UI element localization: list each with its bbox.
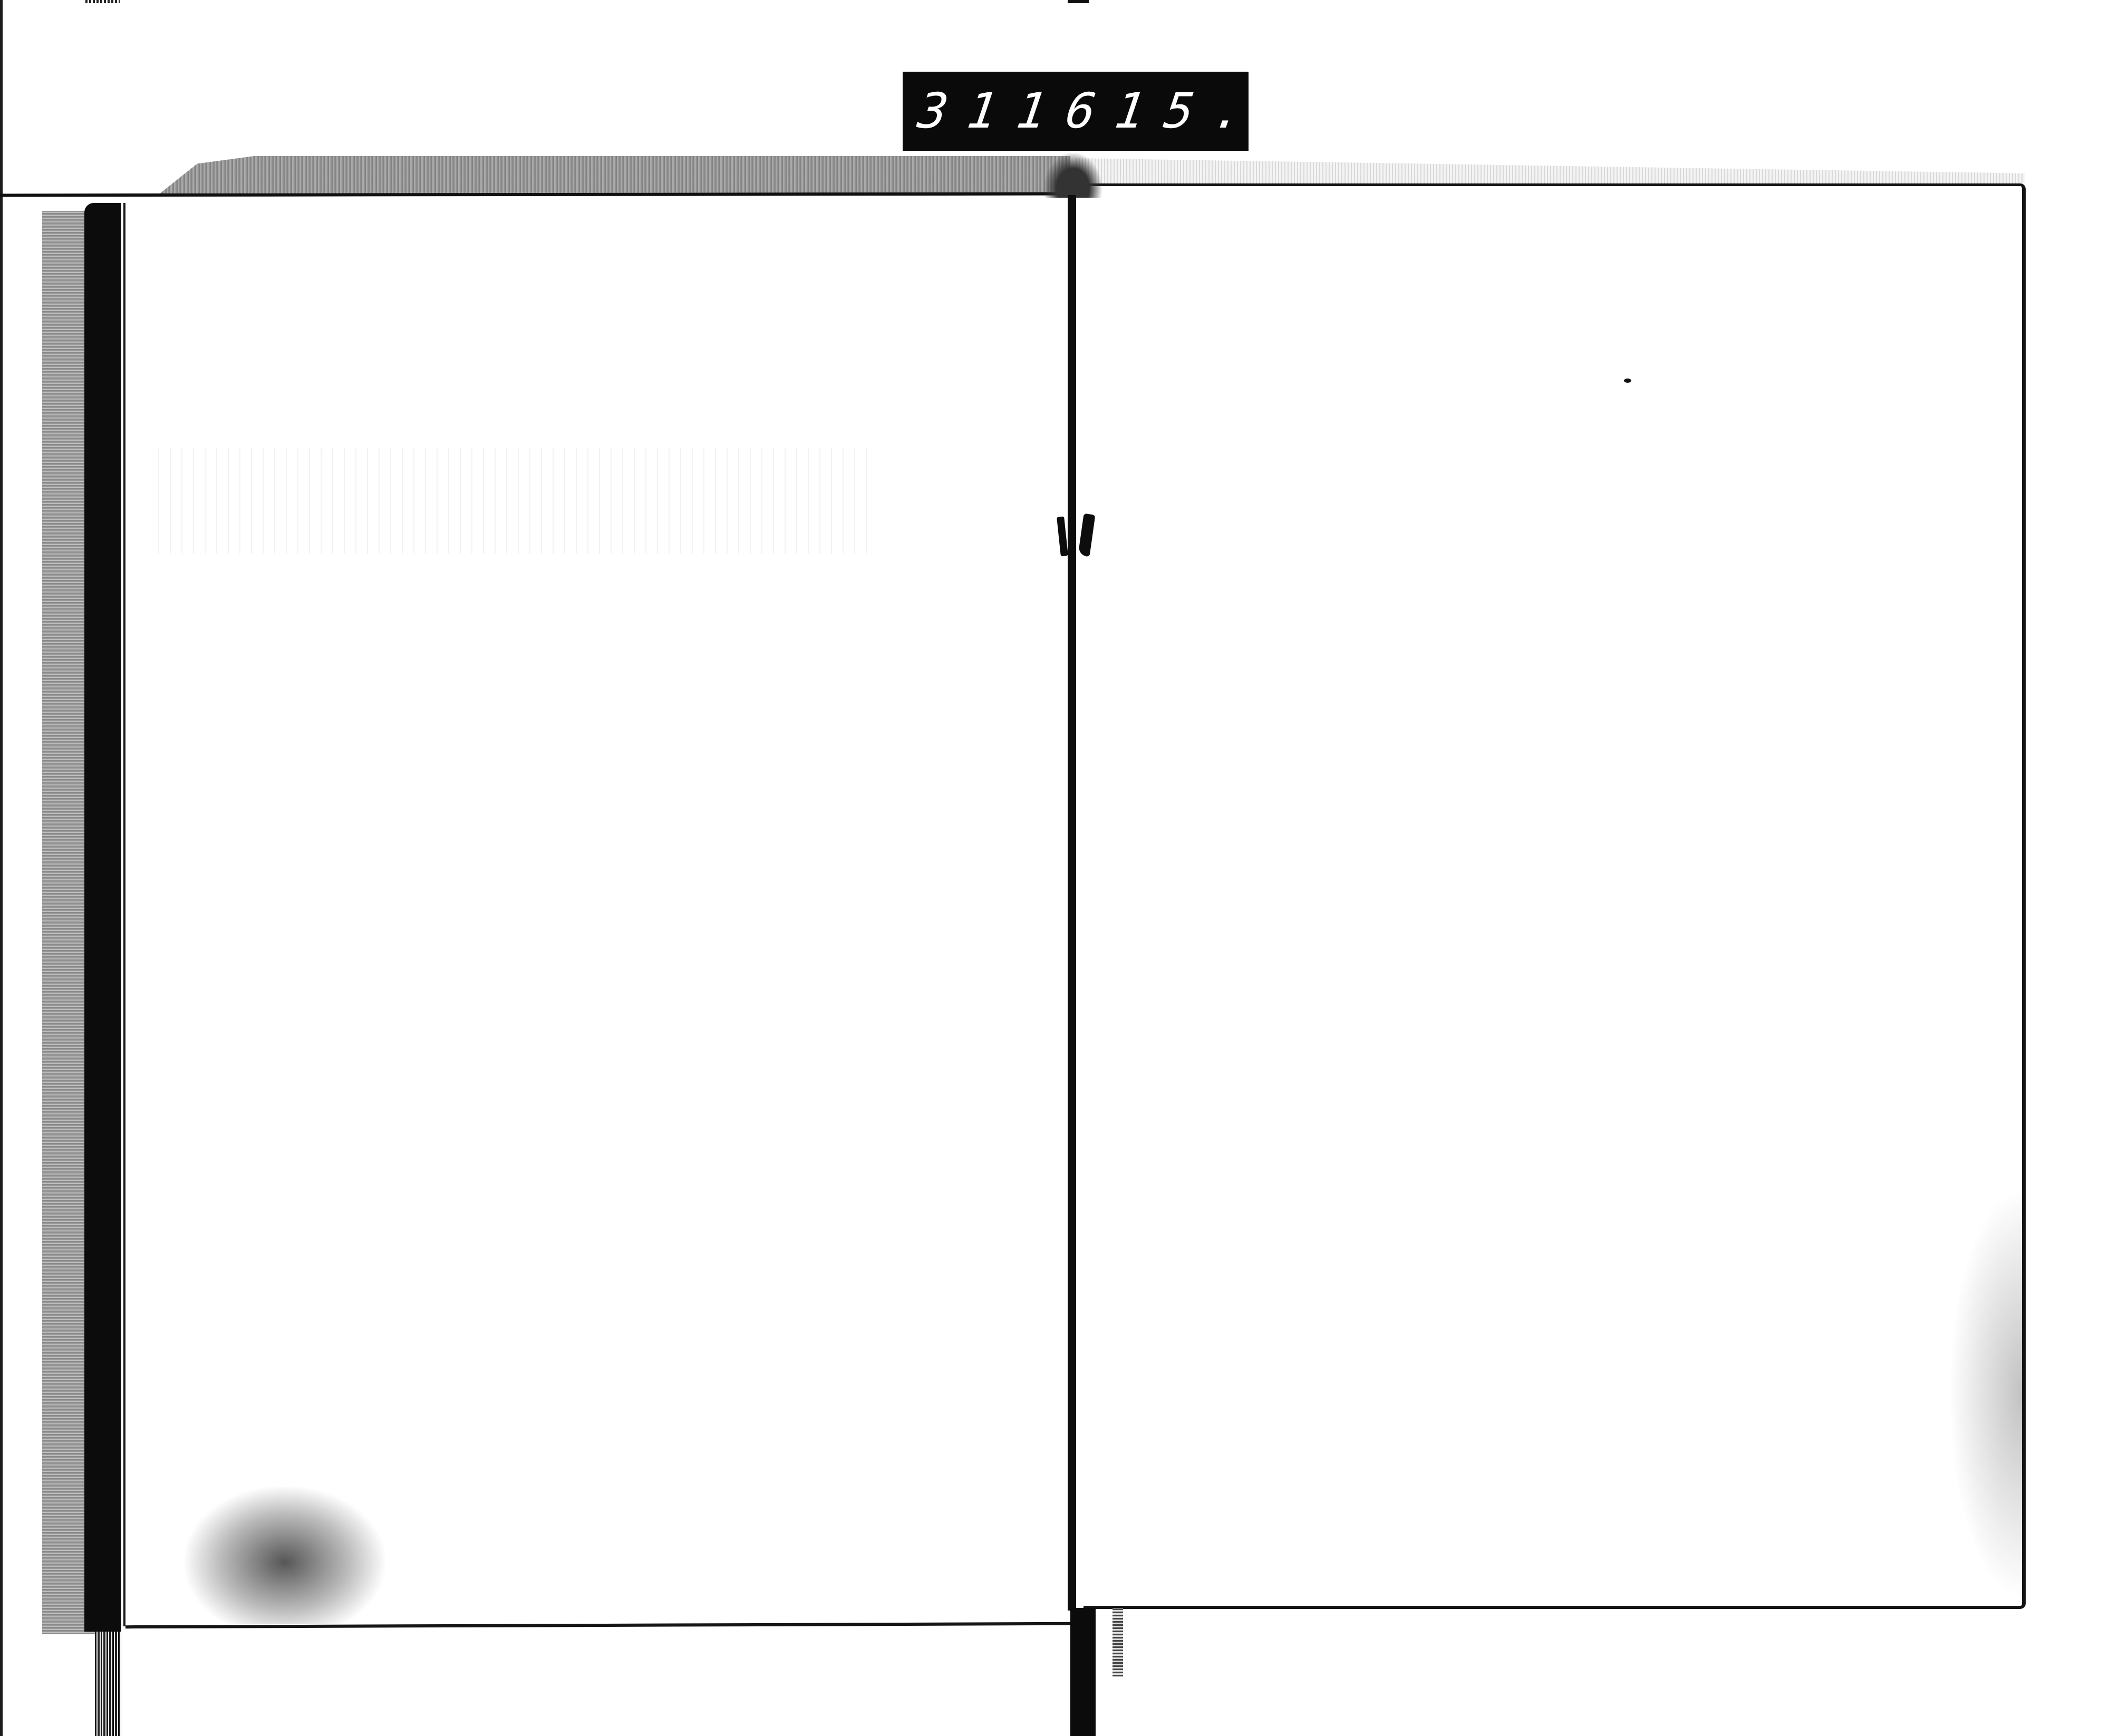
book-spine-gutter (1068, 195, 1076, 1611)
spine-below-book (1070, 1608, 1096, 1736)
right-page-ink-speck (1624, 379, 1631, 383)
spine-top-shadow (1044, 153, 1102, 198)
frame-counter: 311 615. (903, 72, 1249, 151)
right-page (1083, 183, 2026, 1609)
left-page (125, 199, 1070, 1625)
top-center-mark (1068, 0, 1089, 3)
left-page-stain (185, 1487, 385, 1624)
scan-edge-line (0, 0, 3, 1736)
book-top-edge-shadow (121, 156, 1070, 194)
spine-page-edges (1112, 1608, 1123, 1676)
frame-counter-right-number: 615. (1063, 87, 1266, 135)
book-block-edge (84, 203, 121, 1632)
frame-counter-left-number: 311 (915, 87, 1070, 135)
top-edge-marks (85, 0, 120, 3)
book-top-edge-shadow-right (1076, 158, 2025, 183)
book-block-below (95, 1632, 121, 1736)
left-page-show-through (158, 448, 870, 554)
